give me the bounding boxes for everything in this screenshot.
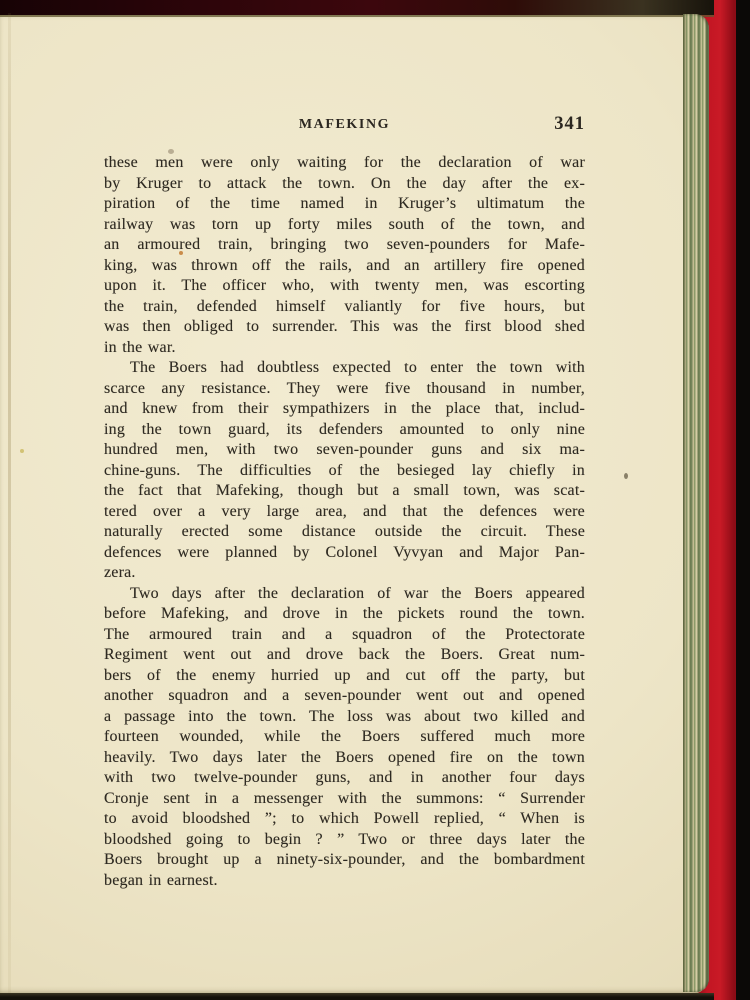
text-line: to avoid bloodshed ”; to which Powell re… <box>104 809 585 830</box>
text-line: bers of the enemy hurried up and cut off… <box>104 666 585 687</box>
book-bottom-edge <box>0 993 714 1000</box>
text-line: scarce any resistance. They were five th… <box>104 379 585 400</box>
text-line: king, was thrown off the rails, and an a… <box>104 256 585 277</box>
text-line: heavily. Two days later the Boers opened… <box>104 748 585 769</box>
text-line: defences were planned by Colonel Vyvyan … <box>104 543 585 564</box>
text-line: was then obliged to surrender. This was … <box>104 317 585 338</box>
text-line: tered over a very large area, and that t… <box>104 502 585 523</box>
running-head-title: MAFEKING <box>104 117 585 133</box>
printed-text-area: MAFEKING 341 these men were only waiting… <box>104 117 585 891</box>
text-line: ing the town guard, its defenders amount… <box>104 420 585 441</box>
text-line: The armoured train and a squadron of the… <box>104 625 585 646</box>
text-line: Regiment went out and drove back the Boe… <box>104 645 585 666</box>
text-line: hundred men, with two seven-pounder guns… <box>104 440 585 461</box>
text-line: railway was torn up forty miles south of… <box>104 215 585 236</box>
text-line: the train, defended himself valiantly fo… <box>104 297 585 318</box>
text-line: bloodshed going to begin ? ” Two or thre… <box>104 830 585 851</box>
page-number: 341 <box>554 114 585 135</box>
text-line: Cronje sent in a messenger with the summ… <box>104 789 585 810</box>
scan-speck <box>624 473 628 479</box>
text-line: and knew from their sympathizers in the … <box>104 399 585 420</box>
text-line: in the war. <box>104 338 585 359</box>
text-line: Two days after the declaration of war th… <box>104 584 585 605</box>
text-line: upon it. The officer who, with twenty me… <box>104 276 585 297</box>
page-body-text: these men were only waiting for the decl… <box>104 153 585 891</box>
text-line: a passage into the town. The loss was ab… <box>104 707 585 728</box>
text-line: these men were only waiting for the decl… <box>104 153 585 174</box>
scan-speck <box>20 449 24 453</box>
text-line: zera. <box>104 563 585 584</box>
text-line: chine-guns. The difficulties of the besi… <box>104 461 585 482</box>
text-line: fourteen wounded, while the Boers suffer… <box>104 727 585 748</box>
page-gutter-crease <box>8 13 11 994</box>
page-fore-edge <box>683 14 709 992</box>
text-line: by Kruger to attack the town. On the day… <box>104 174 585 195</box>
text-line: with two twelve-pounder guns, and in ano… <box>104 768 585 789</box>
text-line: before Mafeking, and drove in the picket… <box>104 604 585 625</box>
text-line: The Boers had doubtless expected to ente… <box>104 358 585 379</box>
text-line: began in earnest. <box>104 871 585 892</box>
text-line: Boers brought up a ninety-six-pounder, a… <box>104 850 585 871</box>
text-line: naturally erected some distance outside … <box>104 522 585 543</box>
book-scan-screenshot: { "book_page": { "running_head": "MAFEKI… <box>0 0 750 1000</box>
text-line: another squadron and a seven-pounder wen… <box>104 686 585 707</box>
text-line: an armoured train, bringing two seven-po… <box>104 235 585 256</box>
text-line: the fact that Mafeking, though but a sma… <box>104 481 585 502</box>
text-line: piration of the time named in Kruger’s u… <box>104 194 585 215</box>
running-head: MAFEKING 341 <box>104 117 585 138</box>
book-top-edge <box>0 0 714 15</box>
